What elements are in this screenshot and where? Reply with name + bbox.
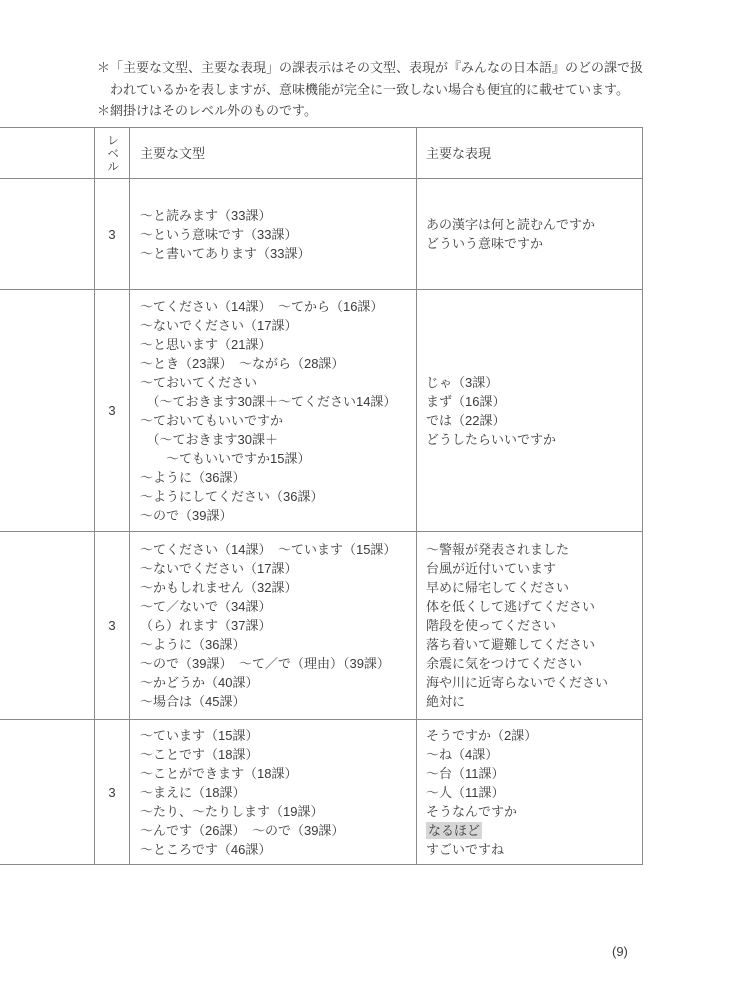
pattern-line: ～ないでください（17課） — [140, 316, 411, 335]
pattern-line: ～ので（39課） ～て／で（理由）（39課） — [140, 654, 411, 673]
expressions-header-label: 主要な表現 — [417, 144, 642, 163]
expression-line: 海や川に近寄らないでください — [426, 673, 637, 692]
level-cell: 3 — [95, 179, 130, 290]
expression-line: すごいですね — [426, 840, 637, 859]
expressions-cell: じゃ（3課）まず（16課）では（22課）どうしたらいいですか — [417, 290, 643, 532]
pattern-line: ～ことです（18課） — [140, 745, 411, 764]
level-cell: 3 — [95, 720, 130, 865]
pattern-line: ～てください（14課） ～てから（16課） — [140, 297, 411, 316]
grammar-table: レベル 主要な文型 主要な表現 3～と読みます（33課）～という意味です（33課… — [0, 127, 643, 865]
pattern-line: ～かどうか（40課） — [140, 673, 411, 692]
pattern-line: ～と読みます（33課） — [140, 206, 411, 225]
margin-header-cell — [0, 128, 95, 179]
pattern-line: （～ておきます30課＋ — [140, 430, 411, 449]
expression-line: あの漢字は何と読むんですか — [426, 215, 637, 234]
margin-cell — [0, 532, 95, 720]
level-value: 3 — [108, 225, 115, 244]
expression-line: そうなんですか — [426, 802, 637, 821]
patterns-cell: ～てください（14課） ～ています（15課）～ないでください（17課）～かもしれ… — [130, 532, 417, 720]
expression-line: どうしたらいいですか — [426, 430, 637, 449]
expression-line: 絶対に — [426, 692, 637, 711]
pattern-line: （ら）れます（37課） — [140, 616, 411, 635]
expression-line: ～警報が発表されました — [426, 540, 637, 559]
pattern-line: ～んです（26課） ～ので（39課） — [140, 821, 411, 840]
pattern-line: ～まえに（18課） — [140, 783, 411, 802]
expression-line: まず（16課） — [426, 392, 637, 411]
patterns-header-label: 主要な文型 — [130, 144, 416, 163]
margin-cell — [0, 290, 95, 532]
note-line: ＊「主要な文型、主要な表現」の課表示はその文型、表現が『みんなの日本語』のどの課… — [97, 57, 649, 100]
pattern-line: ～かもしれません（32課） — [140, 578, 411, 597]
expression-line: ～台（11課） — [426, 764, 637, 783]
expression-line: 体を低くして逃げてください — [426, 597, 637, 616]
level-cell: 3 — [95, 290, 130, 532]
pattern-line: ～ないでください（17課） — [140, 559, 411, 578]
level-value: 3 — [108, 783, 115, 802]
pattern-line: （～ておきます30課＋～てください14課） — [140, 392, 411, 411]
margin-cell — [0, 720, 95, 865]
pattern-line: ～と思います（21課） — [140, 335, 411, 354]
pattern-line: ～ように（36課） — [140, 635, 411, 654]
pattern-line: ～てください（14課） ～ています（15課） — [140, 540, 411, 559]
page-number: (9) — [612, 944, 628, 959]
expression-line: 余震に気をつけてください — [426, 654, 637, 673]
patterns-cell: ～ています（15課）～ことです（18課）～ことができます（18課）～まえに（18… — [130, 720, 417, 865]
document-page: ＊「主要な文型、主要な表現」の課表示はその文型、表現が『みんなの日本語』のどの課… — [0, 0, 729, 1005]
pattern-line: ～ておいてください — [140, 373, 411, 392]
expression-line: 早めに帰宅してください — [426, 578, 637, 597]
level-value: 3 — [108, 401, 115, 420]
pattern-line: ～て／ないで（34課） — [140, 597, 411, 616]
pattern-line: ～ています（15課） — [140, 726, 411, 745]
patterns-cell: ～てください（14課） ～てから（16課）～ないでください（17課）～と思います… — [130, 290, 417, 532]
pattern-line: ～ように（36課） — [140, 468, 411, 487]
header-notes: ＊「主要な文型、主要な表現」の課表示はその文型、表現が『みんなの日本語』のどの課… — [97, 57, 649, 122]
expression-line: ～人（11課） — [426, 783, 637, 802]
pattern-line: ～てもいいですか15課） — [140, 449, 411, 468]
pattern-line: ～たり、～たりします（19課） — [140, 802, 411, 821]
expressions-header-cell: 主要な表現 — [417, 128, 643, 179]
level-header-cell: レベル — [95, 128, 130, 179]
pattern-line: ～ておいてもいいですか — [140, 411, 411, 430]
expressions-cell: あの漢字は何と読むんですかどういう意味ですか — [417, 179, 643, 290]
note-line: ＊網掛けはそのレベル外のものです。 — [97, 100, 649, 122]
pattern-line: ～場合は（45課） — [140, 692, 411, 711]
expression-line: ～ね（4課） — [426, 745, 637, 764]
level-value: 3 — [108, 616, 115, 635]
expression-line: じゃ（3課） — [426, 373, 637, 392]
level-cell: 3 — [95, 532, 130, 720]
margin-cell — [0, 179, 95, 290]
expressions-cell: そうですか（2課）～ね（4課）～台（11課）～人（11課）そうなんですかなるほど… — [417, 720, 643, 865]
shaded-expression: なるほど — [426, 822, 482, 839]
expressions-cell: ～警報が発表されました台風が近付いています早めに帰宅してください体を低くして逃げ… — [417, 532, 643, 720]
expression-line: では（22課） — [426, 411, 637, 430]
expression-line: 台風が近付いています — [426, 559, 637, 578]
patterns-header-cell: 主要な文型 — [130, 128, 417, 179]
expression-line: どういう意味ですか — [426, 234, 637, 253]
pattern-line: ～と書いてあります（33課） — [140, 244, 411, 263]
level-header-label: レベル — [105, 134, 118, 173]
pattern-line: ～とき（23課） ～ながら（28課） — [140, 354, 411, 373]
pattern-line: ～ところです（46課） — [140, 840, 411, 859]
expression-line: 階段を使ってください — [426, 616, 637, 635]
pattern-line: ～ことができます（18課） — [140, 764, 411, 783]
pattern-line: ～という意味です（33課） — [140, 225, 411, 244]
expression-line: そうですか（2課） — [426, 726, 637, 745]
pattern-line: ～ようにしてください（36課） — [140, 487, 411, 506]
pattern-line: ～ので（39課） — [140, 506, 411, 525]
patterns-cell: ～と読みます（33課）～という意味です（33課）～と書いてあります（33課） — [130, 179, 417, 290]
expression-line: 落ち着いて避難してください — [426, 635, 637, 654]
expression-line: なるほど — [426, 821, 637, 840]
